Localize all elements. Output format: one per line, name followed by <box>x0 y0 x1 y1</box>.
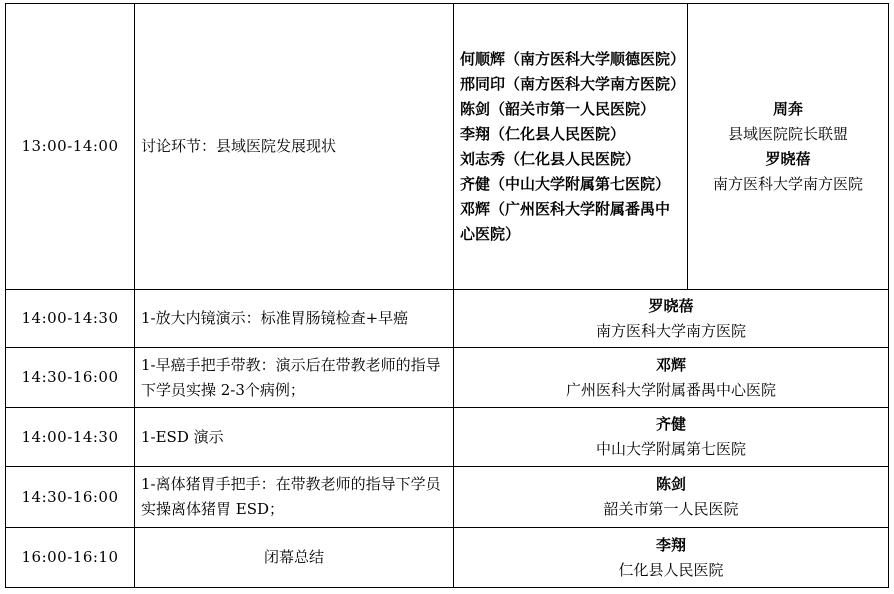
host-org: 南方医科大学南方医院 <box>694 172 882 197</box>
speaker-name: 邓辉 <box>460 353 882 378</box>
table-row: 14:00-14:30 1-ESD 演示 齐健 中山大学附属第七医院 <box>6 408 889 467</box>
table-row: 14:00-14:30 1-放大内镜演示：标准胃肠镜检查+早癌 罗晓蓓 南方医科… <box>6 290 889 348</box>
guest-item: 齐健（中山大学附属第七医院） <box>460 172 681 197</box>
speaker-name: 陈剑 <box>460 472 882 497</box>
time-cell: 14:00-14:30 <box>6 290 135 348</box>
topic-cell: 1-放大内镜演示：标准胃肠镜检查+早癌 <box>135 290 454 348</box>
speaker-org: 仁化县人民医院 <box>460 558 882 583</box>
topic-cell: 1-早癌手把手带教：演示后在带教老师的指导下学员实操 2-3个病例； <box>135 348 454 408</box>
speaker-cell: 李翔 仁化县人民医院 <box>454 528 889 588</box>
time-cell: 14:00-14:30 <box>6 408 135 467</box>
table-row: 14:30-16:00 1-离体猪胃手把手：在带教老师的指导下学员实操离体猪胃 … <box>6 467 889 528</box>
host-name: 罗晓蓓 <box>694 147 882 172</box>
speaker-cell: 陈剑 韶关市第一人民医院 <box>454 467 889 528</box>
speaker-name: 罗晓蓓 <box>460 294 882 319</box>
schedule-table: 13:00-14:00 讨论环节：县域医院发展现状 何顺辉（南方医科大学顺德医院… <box>5 3 889 588</box>
speaker-org: 广州医科大学附属番禺中心医院 <box>460 378 882 403</box>
topic-cell: 闭幕总结 <box>135 528 454 588</box>
guest-item: 邓辉（广州医科大学附属番禺中心医院） <box>460 197 681 247</box>
host-org: 县域医院院长联盟 <box>694 122 882 147</box>
speaker-org: 韶关市第一人民医院 <box>460 497 882 522</box>
guests-cell: 何顺辉（南方医科大学顺德医院） 邢同印（南方医科大学南方医院） 陈剑（韶关市第一… <box>454 4 688 290</box>
speaker-name: 李翔 <box>460 533 882 558</box>
table-row: 16:00-16:10 闭幕总结 李翔 仁化县人民医院 <box>6 528 889 588</box>
guest-item: 邢同印（南方医科大学南方医院） <box>460 72 681 97</box>
speaker-cell: 罗晓蓓 南方医科大学南方医院 <box>454 290 889 348</box>
time-cell: 16:00-16:10 <box>6 528 135 588</box>
table-row-discussion: 13:00-14:00 讨论环节：县域医院发展现状 何顺辉（南方医科大学顺德医院… <box>6 4 889 290</box>
speaker-org: 南方医科大学南方医院 <box>460 319 882 344</box>
host-name: 周奔 <box>694 97 882 122</box>
speaker-org: 中山大学附属第七医院 <box>460 437 882 462</box>
speaker-name: 齐健 <box>460 412 882 437</box>
table-row: 14:30-16:00 1-早癌手把手带教：演示后在带教老师的指导下学员实操 2… <box>6 348 889 408</box>
speaker-cell: 齐健 中山大学附属第七医院 <box>454 408 889 467</box>
time-cell: 14:30-16:00 <box>6 348 135 408</box>
topic-cell: 1-ESD 演示 <box>135 408 454 467</box>
guest-item: 陈剑（韶关市第一人民医院） <box>460 97 681 122</box>
topic-cell: 讨论环节：县域医院发展现状 <box>135 4 454 290</box>
topic-cell: 1-离体猪胃手把手：在带教老师的指导下学员实操离体猪胃 ESD； <box>135 467 454 528</box>
guest-item: 李翔（仁化县人民医院） <box>460 122 681 147</box>
guest-item: 何顺辉（南方医科大学顺德医院） <box>460 47 681 72</box>
guest-item: 刘志秀（仁化县人民医院） <box>460 147 681 172</box>
time-cell: 14:30-16:00 <box>6 467 135 528</box>
time-cell: 13:00-14:00 <box>6 4 135 290</box>
speaker-cell: 邓辉 广州医科大学附属番禺中心医院 <box>454 348 889 408</box>
hosts-cell: 周奔 县域医院院长联盟 罗晓蓓 南方医科大学南方医院 <box>688 4 889 290</box>
